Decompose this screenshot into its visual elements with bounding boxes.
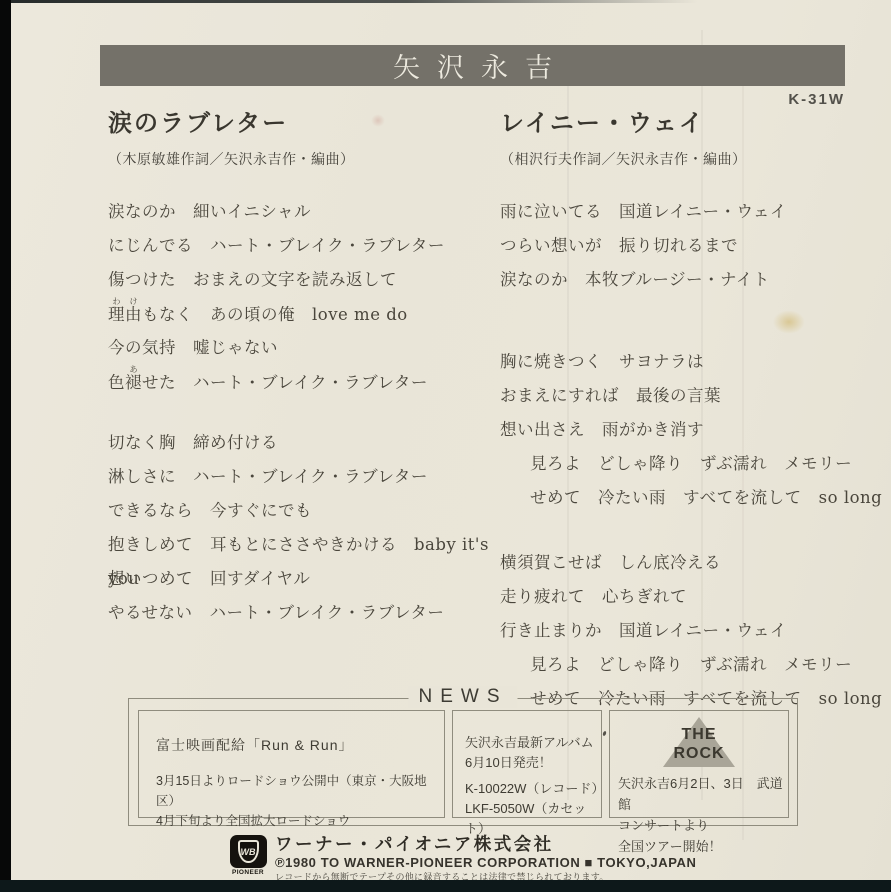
album-catalog-lines: K-10022W（レコード）LKF-5050W（カセット）: [465, 779, 601, 839]
news-line: LKF-5050W（カセット）: [465, 799, 601, 839]
lyric-line: 淋しさに ハート・ブレイク・ラブレター: [108, 460, 500, 494]
song-column-right: レイニー・ウェイ （相沢行夫作詞／矢沢永吉作・編曲） 雨に泣いてる 国道レイニー…: [500, 103, 891, 716]
lyric-line: 理由わけもなく あの頃の俺 love me do: [108, 297, 500, 331]
company-name: ワーナー・パイオニア株式会社: [275, 835, 696, 853]
lyric-line: 想い出さえ 雨がかき消す: [500, 413, 891, 447]
news-line: 矢沢永吉6月2日、3日 武道館: [618, 773, 788, 815]
scan-edge-left: [0, 0, 11, 892]
lyric-stanza: 切なく胸 締め付ける淋しさに ハート・ブレイク・ラブレターできるなら 今すぐにで…: [108, 426, 500, 630]
song-column-left: 涙のラブレター （木原敏雄作詞／矢沢永吉作・編曲） 涙なのか 細いイニシャルにじ…: [108, 103, 500, 630]
copyright-line: ℗1980 TO WARNER-PIONEER CORPORATION ■ TO…: [275, 855, 696, 870]
news-box-album: 矢沢永吉最新アルバム6月10日発売！ K-10022W（レコード）LKF-505…: [452, 710, 602, 818]
rock-logo-line1: THE: [610, 725, 788, 744]
news-boxes: 富士映画配給「Run & Run」 3月15日よりロードショウ公開中（東京・大阪…: [138, 710, 789, 818]
wb-shield-icon: WB: [230, 835, 267, 868]
lyric-line: せめて 冷たい雨 すべてを流して so long: [500, 481, 891, 515]
lyric-line: やるせない ハート・ブレイク・ラブレター: [108, 596, 500, 630]
lyric-line: 今の気持 嘘じゃない: [108, 331, 500, 365]
lyric-line: 涙なのか 細いイニシャル: [108, 195, 500, 229]
warner-pioneer-logo: WB PIONEER: [228, 835, 268, 883]
lyric-line: できるなら 今すぐにでも: [108, 494, 500, 528]
album-lines: 矢沢永吉最新アルバム6月10日発売！: [465, 733, 601, 773]
rock-logo-line2: ROCK: [610, 744, 788, 763]
news-line: 4月下旬より全国拡大ロードショウ: [156, 811, 444, 831]
the-rock-logo: THE ROCK: [610, 717, 788, 771]
lyrics: 雨に泣いてる 国道レイニー・ウェイつらい想いが 振り切れるまで涙なのか 本牧ブル…: [500, 195, 891, 716]
news-line: 3月15日よりロードショウ公開中（東京・大阪地区）: [156, 771, 444, 811]
scan-edge-top: [11, 0, 891, 3]
lyric-line: 胸に焼きつく サヨナラは: [500, 345, 891, 379]
movie-lines: 3月15日よりロードショウ公開中（東京・大阪地区）4月下旬より全国拡大ロードショ…: [156, 771, 444, 831]
lyric-line: 行き止まりか 国道レイニー・ウェイ: [500, 614, 891, 648]
scan-edge-bottom: [0, 880, 891, 892]
news-label: NEWS: [409, 686, 518, 708]
wb-monogram: WB: [238, 840, 259, 863]
lyric-line: 横須賀こせば しん底冷える: [500, 546, 891, 580]
lyric-stanza: 雨に泣いてる 国道レイニー・ウェイつらい想いが 振り切れるまで涙なのか 本牧ブル…: [500, 195, 891, 297]
song-title: レイニー・ウェイ: [500, 103, 891, 138]
lyric-line: 雨に泣いてる 国道レイニー・ウェイ: [500, 195, 891, 229]
song-title: 涙のラブレター: [108, 103, 500, 138]
sleeve-paper: 矢沢永吉 K-31W 涙のラブレター （木原敏雄作詞／矢沢永吉作・編曲） 涙なの…: [11, 0, 891, 880]
news-box-movie: 富士映画配給「Run & Run」 3月15日よりロードショウ公開中（東京・大阪…: [138, 710, 445, 818]
lyric-line: にじんでる ハート・ブレイク・ラブレター: [108, 229, 500, 263]
artist-name: 矢沢永吉: [376, 46, 569, 85]
lyric-line: おまえにすれば 最後の言葉: [500, 379, 891, 413]
news-line: 矢沢永吉最新アルバム: [465, 733, 601, 753]
lyric-stanza: 胸に焼きつく サヨナラはおまえにすれば 最後の言葉想い出さえ 雨がかき消す見ろよ…: [500, 345, 891, 515]
news-line: コンサートより: [618, 815, 788, 836]
lyric-line: 色褪あせた ハート・ブレイク・ラブレター: [108, 365, 500, 399]
lyrics: 涙なのか 細いイニシャルにじんでる ハート・ブレイク・ラブレター傷つけた おまえ…: [108, 195, 500, 630]
lyric-line: 切なく胸 締め付ける: [108, 426, 500, 460]
pioneer-wordmark: PIONEER: [228, 869, 268, 876]
song-credits: （木原敏雄作詞／矢沢永吉作・編曲）: [108, 149, 500, 169]
lyric-line: 傷つけた おまえの文字を読み返して: [108, 263, 500, 297]
lyric-stanza: 涙なのか 細いイニシャルにじんでる ハート・ブレイク・ラブレター傷つけた おまえ…: [108, 195, 500, 399]
lyric-stanza: 横須賀こせば しん底冷える走り疲れて 心ちぎれて行き止まりか 国道レイニー・ウェ…: [500, 546, 891, 716]
news-line: 6月10日発売！: [465, 753, 601, 773]
footer: WB PIONEER ワーナー・パイオニア株式会社 ℗1980 TO WARNE…: [228, 835, 696, 883]
footer-text: ワーナー・パイオニア株式会社 ℗1980 TO WARNER-PIONEER C…: [275, 835, 696, 883]
lyric-line: 想いつめて 回すダイヤル: [108, 562, 500, 596]
lyric-line: 見ろよ どしゃ降り ずぶ濡れ メモリー: [500, 648, 891, 682]
news-box-rock: THE ROCK 矢沢永吉6月2日、3日 武道館コンサートより全国ツアー開始！: [609, 710, 789, 818]
lyric-line: 涙なのか 本牧ブルージー・ナイト: [500, 263, 891, 297]
lyric-line: 抱きしめて 耳もとにささやきかける baby it's you: [108, 528, 500, 562]
news-line: K-10022W（レコード）: [465, 779, 601, 799]
lyric-line: 走り疲れて 心ちぎれて: [500, 580, 891, 614]
news-section: NEWS 富士映画配給「Run & Run」 3月15日よりロードショウ公開中（…: [128, 698, 798, 826]
movie-title: 富士映画配給「Run & Run」: [156, 735, 444, 755]
lyric-line: つらい想いが 振り切れるまで: [500, 229, 891, 263]
rock-logo-text: THE ROCK: [610, 725, 788, 763]
artist-title-bar: 矢沢永吉: [100, 45, 845, 86]
record-sleeve-scan: 矢沢永吉 K-31W 涙のラブレター （木原敏雄作詞／矢沢永吉作・編曲） 涙なの…: [0, 0, 891, 892]
song-credits: （相沢行夫作詞／矢沢永吉作・編曲）: [500, 149, 891, 169]
lyric-line: 見ろよ どしゃ降り ずぶ濡れ メモリー: [500, 447, 891, 481]
